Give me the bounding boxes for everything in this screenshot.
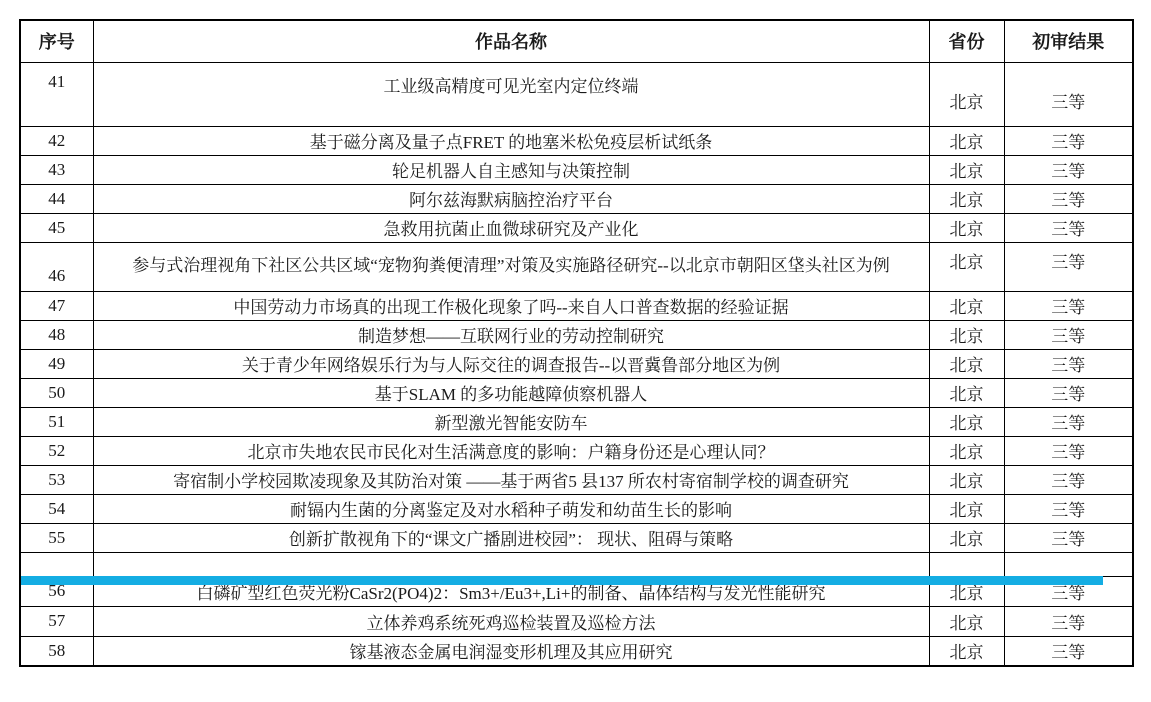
table-row: 43 轮足机器人自主感知与决策控制 北京 三等 bbox=[20, 155, 1133, 184]
work-title: 中国劳动力市场真的出现工作极化现象了吗--来自人口普查数据的经验证据 bbox=[93, 291, 929, 320]
row-number: 46 bbox=[20, 242, 93, 291]
row-number: 41 bbox=[20, 62, 93, 126]
divider-cell bbox=[20, 552, 93, 576]
province: 北京 bbox=[929, 378, 1004, 407]
province: 北京 bbox=[929, 349, 1004, 378]
column-header-province: 省份 bbox=[929, 20, 1004, 62]
row-number: 47 bbox=[20, 291, 93, 320]
work-title: 阿尔兹海默病脑控治疗平台 bbox=[93, 184, 929, 213]
province: 北京 bbox=[929, 436, 1004, 465]
work-title: 急救用抗菌止血微球研究及产业化 bbox=[93, 213, 929, 242]
review-result: 三等 bbox=[1004, 465, 1133, 494]
row-number: 58 bbox=[20, 636, 93, 666]
review-result: 三等 bbox=[1004, 636, 1133, 666]
province: 北京 bbox=[929, 291, 1004, 320]
work-title: 参与式治理视角下社区公共区域“宠物狗粪便清理”对策及实施路径研究--以北京市朝阳… bbox=[93, 242, 929, 291]
row-number: 43 bbox=[20, 155, 93, 184]
province: 北京 bbox=[929, 213, 1004, 242]
work-title: 北京市失地农民市民化对生活满意度的影响：户籍身份还是心理认同？ bbox=[93, 436, 929, 465]
review-result: 三等 bbox=[1004, 242, 1133, 291]
work-title: 耐镉内生菌的分离鉴定及对水稻种子萌发和幼苗生长的影响 bbox=[93, 494, 929, 523]
review-result: 三等 bbox=[1004, 494, 1133, 523]
province: 北京 bbox=[929, 184, 1004, 213]
row-number: 50 bbox=[20, 378, 93, 407]
province: 北京 bbox=[929, 606, 1004, 636]
document-page: 序号 作品名称 省份 初审结果 41 工业级高精度可见光室内定位终端 北京 三等… bbox=[0, 0, 1151, 702]
province: 北京 bbox=[929, 126, 1004, 155]
table-row: 47 中国劳动力市场真的出现工作极化现象了吗--来自人口普查数据的经验证据 北京… bbox=[20, 291, 1133, 320]
work-title: 镓基液态金属电润湿变形机理及其应用研究 bbox=[93, 636, 929, 666]
province: 北京 bbox=[929, 242, 1004, 291]
row-number: 54 bbox=[20, 494, 93, 523]
work-title: 基于SLAM 的多功能越障侦察机器人 bbox=[93, 378, 929, 407]
review-result: 三等 bbox=[1004, 378, 1133, 407]
row-number: 53 bbox=[20, 465, 93, 494]
row-number: 51 bbox=[20, 407, 93, 436]
divider-cell bbox=[1004, 552, 1133, 576]
review-result: 三等 bbox=[1004, 606, 1133, 636]
table-row: 42 基于磁分离及量子点FRET 的地塞米松免疫层析试纸条 北京 三等 bbox=[20, 126, 1133, 155]
province: 北京 bbox=[929, 320, 1004, 349]
table-row: 45 急救用抗菌止血微球研究及产业化 北京 三等 bbox=[20, 213, 1133, 242]
table-row: 57 立体养鸡系统死鸡巡检装置及巡检方法 北京 三等 bbox=[20, 606, 1133, 636]
divider-row bbox=[20, 552, 1133, 576]
review-result: 三等 bbox=[1004, 184, 1133, 213]
table-row: 41 工业级高精度可见光室内定位终端 北京 三等 bbox=[20, 62, 1133, 126]
table-row: 52 北京市失地农民市民化对生活满意度的影响：户籍身份还是心理认同？ 北京 三等 bbox=[20, 436, 1133, 465]
province: 北京 bbox=[929, 62, 1004, 126]
header-row: 序号 作品名称 省份 初审结果 bbox=[20, 20, 1133, 62]
row-number: 45 bbox=[20, 213, 93, 242]
work-title: 立体养鸡系统死鸡巡检装置及巡检方法 bbox=[93, 606, 929, 636]
work-title: 新型激光智能安防车 bbox=[93, 407, 929, 436]
row-number: 57 bbox=[20, 606, 93, 636]
review-result: 三等 bbox=[1004, 436, 1133, 465]
table-row: 44 阿尔兹海默病脑控治疗平台 北京 三等 bbox=[20, 184, 1133, 213]
table-row: 49 关于青少年网络娱乐行为与人际交往的调查报告--以晋冀鲁部分地区为例 北京 … bbox=[20, 349, 1133, 378]
row-number: 55 bbox=[20, 523, 93, 552]
table-header: 序号 作品名称 省份 初审结果 bbox=[20, 20, 1133, 62]
review-result: 三等 bbox=[1004, 320, 1133, 349]
table-row: 46 参与式治理视角下社区公共区域“宠物狗粪便清理”对策及实施路径研究--以北京… bbox=[20, 242, 1133, 291]
row-number: 48 bbox=[20, 320, 93, 349]
work-title: 创新扩散视角下的“课文广播剧进校园”： 现状、阻碍与策略 bbox=[93, 523, 929, 552]
awards-table: 序号 作品名称 省份 初审结果 41 工业级高精度可见光室内定位终端 北京 三等… bbox=[19, 19, 1134, 667]
review-result: 三等 bbox=[1004, 291, 1133, 320]
table-row: 58 镓基液态金属电润湿变形机理及其应用研究 北京 三等 bbox=[20, 636, 1133, 666]
column-header-no: 序号 bbox=[20, 20, 93, 62]
work-title: 关于青少年网络娱乐行为与人际交往的调查报告--以晋冀鲁部分地区为例 bbox=[93, 349, 929, 378]
province: 北京 bbox=[929, 465, 1004, 494]
highlight-bar bbox=[21, 576, 1103, 585]
divider-cell bbox=[93, 552, 929, 576]
row-number: 52 bbox=[20, 436, 93, 465]
work-title: 轮足机器人自主感知与决策控制 bbox=[93, 155, 929, 184]
review-result: 三等 bbox=[1004, 407, 1133, 436]
review-result: 三等 bbox=[1004, 523, 1133, 552]
review-result: 三等 bbox=[1004, 126, 1133, 155]
table-row: 50 基于SLAM 的多功能越障侦察机器人 北京 三等 bbox=[20, 378, 1133, 407]
work-title: 制造梦想——互联网行业的劳动控制研究 bbox=[93, 320, 929, 349]
work-title: 寄宿制小学校园欺凌现象及其防治对策 ——基于两省5 县137 所农村寄宿制学校的… bbox=[93, 465, 929, 494]
divider-cell bbox=[929, 552, 1004, 576]
table-row: 48 制造梦想——互联网行业的劳动控制研究 北京 三等 bbox=[20, 320, 1133, 349]
table-row: 55 创新扩散视角下的“课文广播剧进校园”： 现状、阻碍与策略 北京 三等 bbox=[20, 523, 1133, 552]
row-number: 44 bbox=[20, 184, 93, 213]
row-number: 49 bbox=[20, 349, 93, 378]
province: 北京 bbox=[929, 155, 1004, 184]
table-row: 54 耐镉内生菌的分离鉴定及对水稻种子萌发和幼苗生长的影响 北京 三等 bbox=[20, 494, 1133, 523]
work-title: 基于磁分离及量子点FRET 的地塞米松免疫层析试纸条 bbox=[93, 126, 929, 155]
review-result: 三等 bbox=[1004, 349, 1133, 378]
province: 北京 bbox=[929, 523, 1004, 552]
review-result: 三等 bbox=[1004, 62, 1133, 126]
review-result: 三等 bbox=[1004, 213, 1133, 242]
province: 北京 bbox=[929, 636, 1004, 666]
column-header-title: 作品名称 bbox=[93, 20, 929, 62]
table-row: 51 新型激光智能安防车 北京 三等 bbox=[20, 407, 1133, 436]
province: 北京 bbox=[929, 407, 1004, 436]
work-title: 工业级高精度可见光室内定位终端 bbox=[93, 62, 929, 126]
column-header-result: 初审结果 bbox=[1004, 20, 1133, 62]
province: 北京 bbox=[929, 494, 1004, 523]
review-result: 三等 bbox=[1004, 155, 1133, 184]
row-number: 42 bbox=[20, 126, 93, 155]
table-row: 53 寄宿制小学校园欺凌现象及其防治对策 ——基于两省5 县137 所农村寄宿制… bbox=[20, 465, 1133, 494]
